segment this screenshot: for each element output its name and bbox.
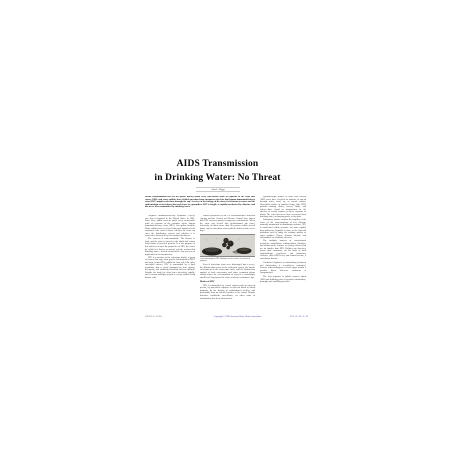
article-title-line1: AIDS Transmission [130,158,305,172]
hiv-micrograph-image [200,234,255,257]
paragraph: Laboratory studies confirm the fragility… [260,219,306,239]
text-column-left: Acquired immunodeficiency syndrome (AIDS… [145,215,195,315]
paragraph: The multiple barriers of conventional tr… [260,240,306,260]
scanned-article-page: AIDS Transmission in Drinking Water: No … [0,0,458,458]
author-byline: John L. Riggs [196,187,240,192]
text-column-middle: Studies sponsored by the US Environmenta… [200,215,255,315]
figure-caption: Electron micrograph of HIV budding from … [200,258,255,262]
paragraph: Studies sponsored by the US Environmenta… [200,215,255,233]
paragraph: Even if infectious virus were discharged… [200,264,255,279]
closing-note: The best response to public concern abou… [260,276,306,284]
paragraph: Acquired immunodeficiency syndrome (AIDS… [145,215,195,238]
figure-block: Electron micrograph of HIV budding from … [200,234,255,262]
paragraph: Continued vigilance in maintaining treat… [260,262,306,275]
section-heading: Modes of HIV [200,281,255,284]
article-title: AIDS Transmission in Drinking Water: No … [130,158,305,185]
paragraph: Epidemiologic studies of more than 80,00… [260,196,306,219]
footer-journal-label: JOURNAL AWWA [145,316,175,319]
paragraph: HIV is transmitted by sexual contact wit… [200,285,255,300]
paragraph: The concern is understandable. The disea… [145,238,195,256]
paragraph: HIV is a member of the retrovirus family… [145,257,195,280]
article-title-line2: in Drinking Water: No Threat [130,172,305,186]
footer-volume-page: VOL. 81, NO. 9 • 69 [272,316,308,319]
text-column-right: Epidemiologic studies of more than 80,00… [260,196,306,315]
article-abstract: Media sensationalism has left the public… [145,196,255,213]
